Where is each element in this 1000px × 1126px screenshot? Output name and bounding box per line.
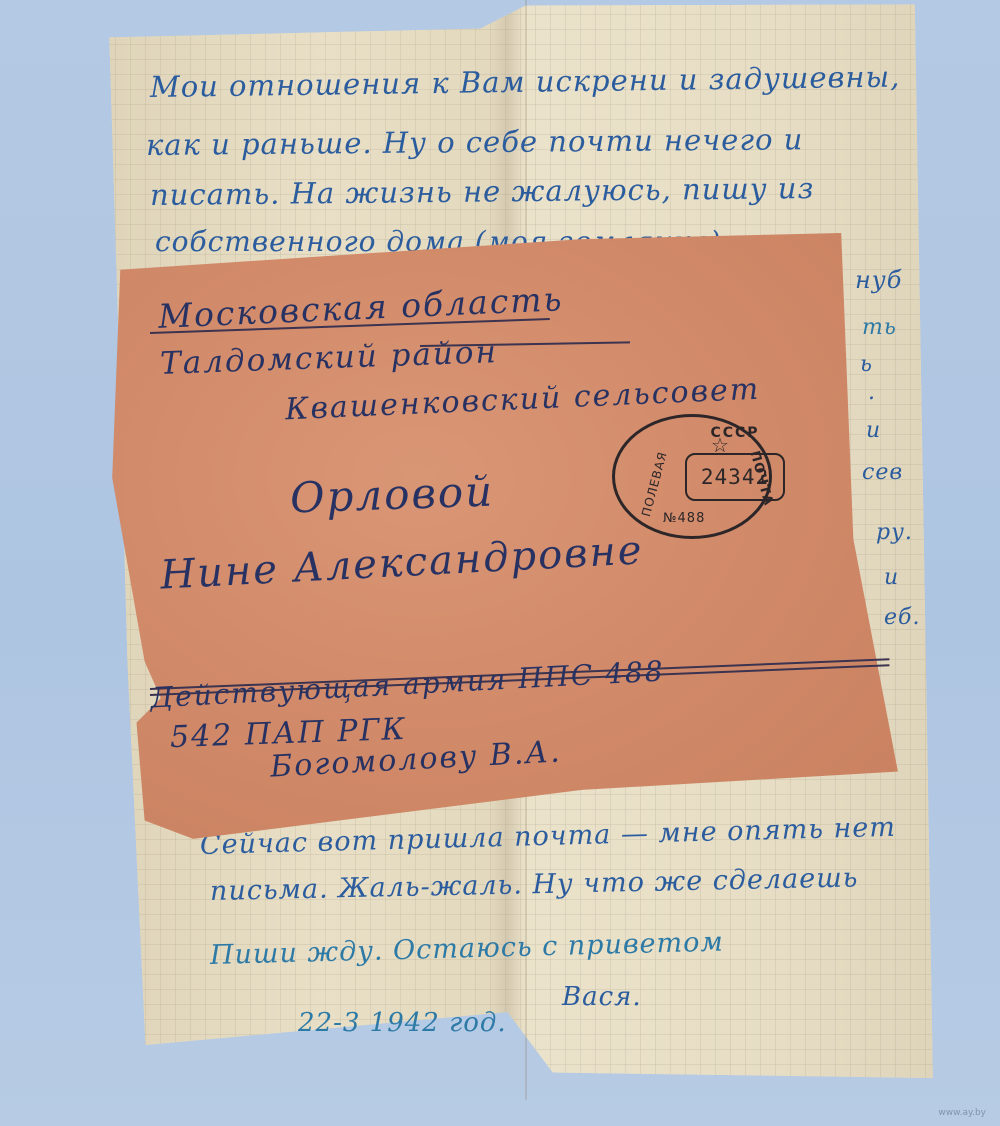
letter-margin-fragment: еб. — [884, 605, 920, 630]
envelope-recipient-surname: Орловой — [289, 466, 495, 522]
letter-margin-fragment: и — [866, 418, 881, 443]
letter-margin-fragment: нуб — [855, 266, 902, 294]
letter-margin-fragment: сев — [862, 460, 903, 485]
postmark-number: №488 — [663, 511, 705, 526]
postmark-top-text: СССР — [675, 425, 795, 441]
letter-line-2: как и раньше. Ну о себе почти нечего и — [146, 122, 804, 162]
letter-margin-fragment: . — [868, 380, 876, 405]
letter-line-3: писать. На жизнь не жалуюсь, пишу из — [150, 171, 815, 212]
letter-margin-fragment: ть — [862, 315, 897, 340]
letter-date: 22-3 1942 год. — [298, 1008, 507, 1038]
letter-margin-fragment: и — [884, 565, 899, 590]
watermark: www.ay.by — [938, 1108, 986, 1118]
letter-margin-fragment: ь — [860, 352, 873, 377]
postmark-left-text: ПОЛЕВАЯ — [639, 450, 670, 518]
letter-margin-fragment: ру. — [876, 520, 913, 545]
postmark-stamp: СССР ☆ ПОЛЕВАЯ ПОЧТА 24342 №488 — [612, 414, 772, 539]
letter-signature: Вася. — [562, 982, 642, 1012]
postmark-date: 24342 — [685, 453, 785, 501]
star-emblem-icon: ☆ — [711, 435, 729, 455]
